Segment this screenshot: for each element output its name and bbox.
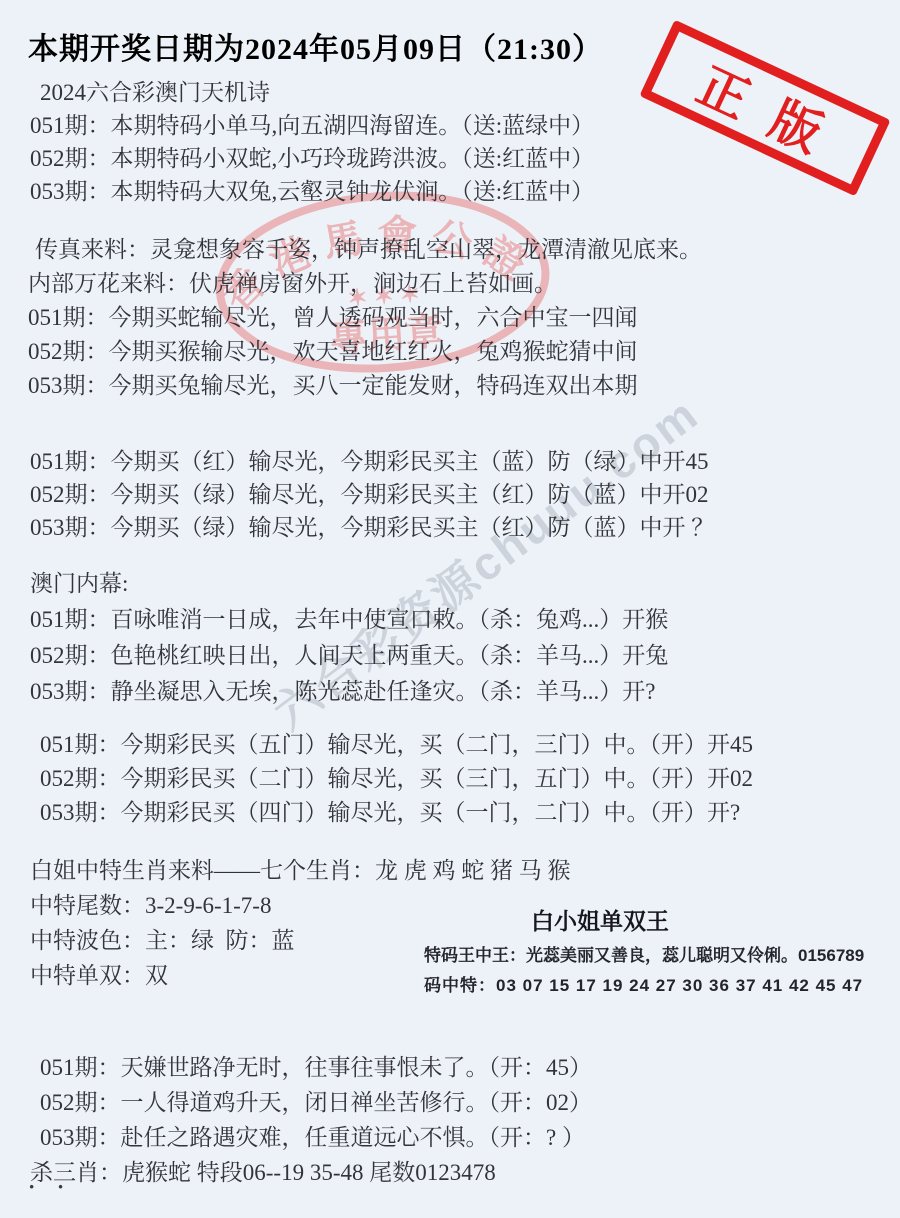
poem-line-052: 052期：本期特码小双蛇,小巧玲珑跨洪波。（送:红蓝中） <box>30 142 594 175</box>
color-line-052: 052期：今期买（绿）输尽光，今期彩民买主（红）防（蓝）中开02 <box>30 478 714 511</box>
poem-heading: 2024六合彩澳门天机诗 <box>40 76 594 109</box>
doors-line-052: 052期：今期彩民买（二门）输尽光，买（三门，五门）中。（开）开02 <box>40 762 753 796</box>
footer-dots: · · <box>28 1174 72 1200</box>
poem-line-051: 051期：本期特码小单马,向五湖四海留连。（送:蓝绿中） <box>30 109 594 142</box>
page-title: 本期开奖日期为2024年05月09日（21:30） <box>28 24 603 68</box>
final-line-053: 053期：赴任之路遇灾难，任重道远心不惧。（开：? ） <box>40 1120 592 1155</box>
fax-line-053: 053期：今期买兔输尽光，买八一定能发财，特码连双出本期 <box>28 369 702 403</box>
doors-line-051: 051期：今期彩民买（五门）输尽光，买（二门，三门）中。（开）开45 <box>40 728 753 762</box>
insider-heading: 澳门内幕: <box>30 566 668 602</box>
miss-bai-box-title: 白小姐单双王 <box>420 903 780 936</box>
section-final-results: 051期：天嫌世路净无时，往事往事恨未了。（开：45） 052期：一人得道鸡升天… <box>40 1050 592 1190</box>
insider-line-053: 053期：静坐凝思入无埃，陈光蕊赴任逢灾。（杀：羊马...）开? <box>30 674 668 710</box>
miss-bai-king-line: 特码王中王：光蕊美丽又善良，蕊儿聪明又伶俐。0156789 <box>424 941 864 966</box>
poem-line-053: 053期：本期特码大双兔,云壑灵钟龙伏涧。（送:红蓝中） <box>30 175 594 208</box>
section-fax-info: 传真来料：灵龛想象容千姿，钟声撩乱空山翠，龙潭清澈见底来。 内部万花来料：伏虎禅… <box>28 233 702 403</box>
section-color-tips: 051期：今期买（红）输尽光，今期彩民买主（蓝）防（绿）中开45 052期：今期… <box>30 445 714 544</box>
miss-bai-numbers-line: 码中特：03 07 15 17 19 24 27 30 36 37 41 42 … <box>424 971 863 996</box>
final-line-052: 052期：一人得道鸡升天，闭日禅坐苦修行。（开：02） <box>40 1085 592 1120</box>
color-line-053: 053期：今期买（绿）输尽光，今期彩民买主（红）防（蓝）中开 ？ <box>30 511 714 544</box>
section-heaven-poem: 2024六合彩澳门天机诗 051期：本期特码小单马,向五湖四海留连。（送:蓝绿中… <box>30 76 594 208</box>
fax-line-052: 052期：今期买猴输尽光，欢天喜地红红火，兔鸡猴蛇猜中间 <box>28 335 702 369</box>
baijie-zodiac-line: 白姐中特生肖来料——七个生肖：龙 虎 鸡 蛇 猪 马 猴 <box>30 853 571 888</box>
insider-line-051: 051期：百咏唯消一日成，去年中使宣口敕。（杀：兔鸡...）开猴 <box>30 602 668 638</box>
insider-line-052: 052期：色艳桃红映日出，人间天上两重天。（杀：羊马...）开兔 <box>30 638 668 674</box>
fax-line: 传真来料：灵龛想象容千姿，钟声撩乱空山翠，龙潭清澈见底来。 <box>35 233 702 267</box>
final-line-051: 051期：天嫌世路净无时，往事往事恨未了。（开：45） <box>40 1050 592 1085</box>
fax-inner-line: 内部万花来料：伏虎禅房窗外开，涧边石上苔如画。 <box>28 267 702 301</box>
section-macau-insider: 澳门内幕: 051期：百咏唯消一日成，去年中使宣口敕。（杀：兔鸡...）开猴 0… <box>30 566 668 710</box>
doors-line-053: 053期：今期彩民买（四门）输尽光，买（一门，二门）中。（开）开? <box>40 796 753 830</box>
section-door-tips: 051期：今期彩民买（五门）输尽光，买（二门，三门）中。（开）开45 052期：… <box>40 728 753 830</box>
kill-three-zodiac-line: 杀三肖：虎猴蛇 特段06--19 35-48 尾数0123478 <box>30 1155 592 1190</box>
sheet-content: 本期开奖日期为2024年05月09日（21:30） 2024六合彩澳门天机诗 0… <box>0 0 900 1218</box>
fax-line-051: 051期：今期买蛇输尽光，曾人透码观当时，六合中宝一四闻 <box>28 301 702 335</box>
color-line-051: 051期：今期买（红）输尽光，今期彩民买主（蓝）防（绿）中开45 <box>30 445 714 478</box>
lottery-tip-sheet: 香港馬會公證 ✶ ✶ ✶ 專用章 六合彩资源chuuu.com 正 版 本期开奖… <box>0 0 900 1218</box>
